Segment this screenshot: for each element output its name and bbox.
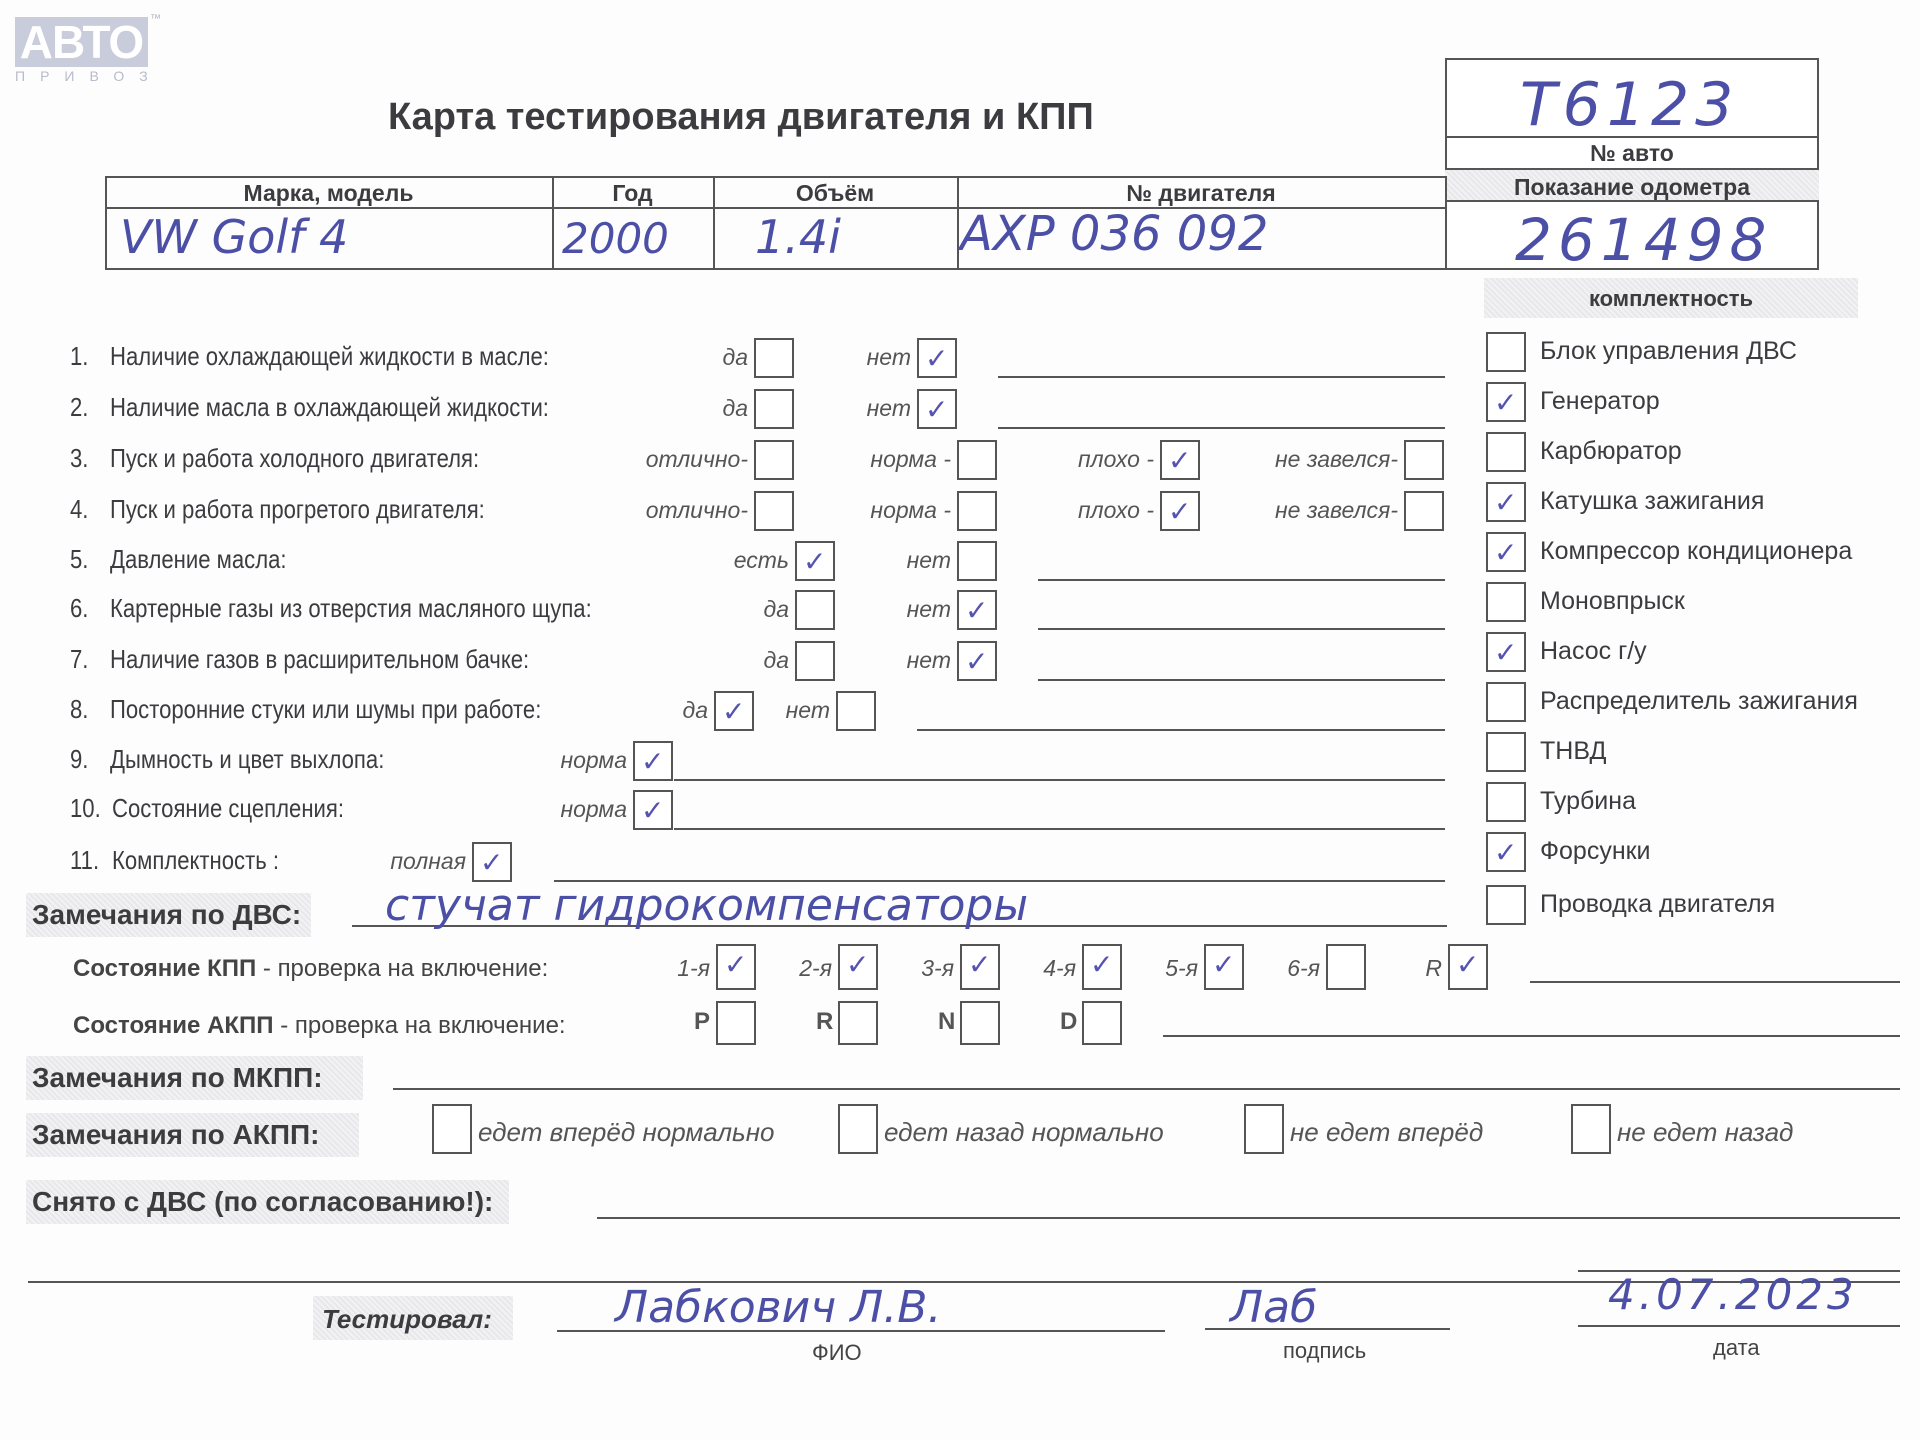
question-text: Дымность и цвет выхлопа: bbox=[110, 744, 384, 775]
checkmark-icon: ✓ bbox=[925, 344, 948, 374]
tester-name: Лабкович Л.В. bbox=[615, 1282, 941, 1333]
akpp-remark-checkbox[interactable] bbox=[1571, 1104, 1611, 1154]
question-number: 7. bbox=[70, 644, 88, 675]
question-number: 1. bbox=[70, 341, 88, 372]
odometer-value: 261498 bbox=[1515, 206, 1772, 274]
engine-remarks-label: Замечания по ДВС: bbox=[26, 893, 311, 937]
auto-gearbox-label: Состояние АКПП - проверка на включение: bbox=[73, 1012, 566, 1040]
completeness-item-label: Проводка двигателя bbox=[1540, 890, 1775, 919]
option-label: да bbox=[633, 596, 789, 623]
checkmark-icon: ✓ bbox=[1494, 488, 1517, 518]
notes-line[interactable] bbox=[1038, 579, 1445, 581]
option-label: нет bbox=[795, 647, 951, 674]
removed-line[interactable] bbox=[597, 1217, 1900, 1219]
tester-name-caption: ФИО bbox=[812, 1340, 862, 1366]
checkmark-icon: ✓ bbox=[1494, 388, 1517, 418]
completeness-item-label: Распределитель зажигания bbox=[1540, 687, 1858, 716]
question-text: Посторонние стуки или шумы при работе: bbox=[110, 694, 541, 725]
option-label: норма bbox=[471, 796, 627, 823]
completeness-checkbox[interactable] bbox=[1486, 732, 1526, 772]
option-label: не завелся- bbox=[1242, 446, 1398, 473]
gear-checkbox[interactable]: ✓ bbox=[960, 944, 1000, 990]
question-text: Наличие масла в охлаждающей жидкости: bbox=[110, 392, 549, 423]
question-text: Наличие охлаждающей жидкости в масле: bbox=[110, 341, 549, 372]
position-label: N bbox=[938, 1008, 955, 1036]
checkmark-icon: ✓ bbox=[1494, 538, 1517, 568]
completeness-item-label: Катушка зажигания bbox=[1540, 487, 1764, 516]
option-label: нет bbox=[795, 596, 951, 623]
column-header-year: Год bbox=[552, 180, 713, 207]
question-text: Давление масла: bbox=[110, 544, 287, 575]
model-value: VW Golf 4 bbox=[120, 210, 348, 264]
notes-line[interactable] bbox=[1038, 679, 1445, 681]
gear-checkbox[interactable]: ✓ bbox=[1448, 944, 1488, 990]
checkmark-icon: ✓ bbox=[480, 848, 503, 878]
option-checkbox[interactable] bbox=[836, 691, 876, 731]
gear-label: 6-я bbox=[1266, 955, 1320, 982]
completeness-checkbox[interactable]: ✓ bbox=[1486, 482, 1526, 522]
auto-gearbox-line bbox=[1163, 1035, 1900, 1037]
completeness-checkbox[interactable] bbox=[1486, 432, 1526, 472]
option-label: да bbox=[592, 395, 748, 422]
akpp-remark-label: едет назад нормально bbox=[884, 1117, 1164, 1148]
option-label: да bbox=[592, 344, 748, 371]
odometer-label: Показание одометра bbox=[1445, 174, 1819, 201]
option-checkbox[interactable]: ✓ bbox=[917, 389, 957, 429]
question-number: 2. bbox=[70, 392, 88, 423]
notes-line[interactable] bbox=[674, 828, 1445, 830]
completeness-item-label: ТНВД bbox=[1540, 737, 1606, 766]
option-label: есть bbox=[633, 547, 789, 574]
option-label: полная bbox=[310, 848, 466, 875]
akpp-remark-label: не едет назад bbox=[1617, 1117, 1793, 1148]
engine-remarks-value[interactable]: стучат гидрокомпенсаторы bbox=[385, 880, 1028, 931]
position-checkbox[interactable] bbox=[716, 1001, 756, 1045]
car-number-value: T6123 bbox=[1520, 70, 1739, 140]
mkpp-remarks-line[interactable] bbox=[393, 1088, 1900, 1090]
notes-line[interactable] bbox=[917, 729, 1445, 731]
column-header-engine-number: № двигателя bbox=[957, 180, 1445, 207]
date-value: 4.07.2023 bbox=[1608, 1270, 1858, 1319]
option-label: отлично- bbox=[592, 497, 748, 524]
gear-label: 5-я bbox=[1144, 955, 1198, 982]
gear-checkbox[interactable]: ✓ bbox=[838, 944, 878, 990]
option-checkbox[interactable]: ✓ bbox=[633, 741, 673, 781]
question-text: Пуск и работа холодного двигателя: bbox=[110, 443, 479, 474]
gear-checkbox[interactable]: ✓ bbox=[716, 944, 756, 990]
option-checkbox[interactable]: ✓ bbox=[1160, 491, 1200, 531]
completeness-item-label: Блок управления ДВС bbox=[1540, 337, 1797, 366]
completeness-checkbox[interactable] bbox=[1486, 332, 1526, 372]
auto-gearbox-label-bold: Состояние АКПП bbox=[73, 1012, 274, 1039]
option-checkbox[interactable] bbox=[957, 541, 997, 581]
option-checkbox[interactable]: ✓ bbox=[957, 641, 997, 681]
completeness-item-label: Насос г/у bbox=[1540, 637, 1647, 666]
position-label: R bbox=[816, 1008, 833, 1036]
checkmark-icon: ✓ bbox=[1456, 950, 1479, 980]
manual-gearbox-label-rest: - проверка на включение: bbox=[256, 955, 548, 982]
manual-gearbox-label: Состояние КПП - проверка на включение: bbox=[73, 955, 548, 983]
notes-line[interactable] bbox=[674, 779, 1445, 781]
removed-label: Снято с ДВС (по согласованию!): bbox=[26, 1180, 509, 1224]
gear-label: R bbox=[1388, 955, 1442, 982]
manual-gearbox-line bbox=[1530, 981, 1900, 983]
position-checkbox[interactable] bbox=[960, 1001, 1000, 1045]
option-label: норма - bbox=[795, 446, 951, 473]
tester-name-line bbox=[557, 1330, 1165, 1332]
position-checkbox[interactable] bbox=[838, 1001, 878, 1045]
completeness-checkbox[interactable]: ✓ bbox=[1486, 832, 1526, 872]
question-number: 9. bbox=[70, 744, 88, 775]
akpp-remarks-label: Замечания по АКПП: bbox=[26, 1113, 359, 1157]
trademark-symbol: ™ bbox=[150, 13, 161, 25]
checkmark-icon: ✓ bbox=[724, 950, 747, 980]
option-checkbox[interactable] bbox=[1404, 440, 1444, 480]
notes-line[interactable] bbox=[998, 376, 1445, 378]
notes-line[interactable] bbox=[998, 427, 1445, 429]
option-checkbox[interactable] bbox=[754, 440, 794, 480]
option-checkbox[interactable] bbox=[957, 491, 997, 531]
checkmark-icon: ✓ bbox=[641, 796, 664, 826]
completeness-checkbox[interactable]: ✓ bbox=[1486, 632, 1526, 672]
notes-line[interactable] bbox=[1038, 628, 1445, 630]
checkmark-icon: ✓ bbox=[846, 950, 869, 980]
option-checkbox[interactable]: ✓ bbox=[472, 842, 512, 882]
gear-label: 3-я bbox=[900, 955, 954, 982]
car-number-label: № авто bbox=[1445, 140, 1819, 167]
completeness-checkbox[interactable] bbox=[1486, 682, 1526, 722]
option-label: не завелся- bbox=[1242, 497, 1398, 524]
completeness-item-label: Турбина bbox=[1540, 787, 1636, 816]
manual-gearbox-label-bold: Состояние КПП bbox=[73, 955, 256, 982]
position-label: D bbox=[1060, 1008, 1077, 1036]
question-number: 11. bbox=[70, 845, 99, 876]
question-number: 5. bbox=[70, 544, 88, 575]
checkmark-icon: ✓ bbox=[965, 596, 988, 626]
option-checkbox[interactable]: ✓ bbox=[633, 790, 673, 830]
gear-checkbox[interactable]: ✓ bbox=[1204, 944, 1244, 990]
tested-by-label: Тестировал: bbox=[322, 1304, 492, 1335]
engine-number-value: AXP 036 092 bbox=[960, 206, 1268, 262]
option-checkbox[interactable]: ✓ bbox=[1160, 440, 1200, 480]
brand-logo: АВТО bbox=[15, 17, 148, 67]
checkmark-icon: ✓ bbox=[1090, 950, 1113, 980]
completeness-item-label: Компрессор кондиционера bbox=[1540, 537, 1852, 566]
question-text: Комплектность : bbox=[112, 845, 279, 876]
checkmark-icon: ✓ bbox=[641, 747, 664, 777]
mkpp-remarks-label: Замечания по МКПП: bbox=[26, 1056, 363, 1100]
akpp-remark-label: едет вперёд нормально bbox=[478, 1117, 774, 1148]
position-checkbox[interactable] bbox=[1082, 1001, 1122, 1045]
question-text: Пуск и работа прогретого двигателя: bbox=[110, 494, 485, 525]
completeness-header: комплектность bbox=[1484, 286, 1858, 312]
year-value: 2000 bbox=[562, 214, 669, 263]
option-label: нет bbox=[755, 344, 911, 371]
completeness-item-label: Форсунки bbox=[1540, 837, 1651, 866]
akpp-remark-checkbox[interactable] bbox=[1244, 1104, 1284, 1154]
option-label: плохо - bbox=[998, 446, 1154, 473]
completeness-item-label: Моновпрыск bbox=[1540, 587, 1685, 616]
akpp-remark-label: не едет вперёд bbox=[1290, 1117, 1483, 1148]
option-checkbox[interactable] bbox=[1404, 491, 1444, 531]
checkmark-icon: ✓ bbox=[925, 395, 948, 425]
position-label: P bbox=[694, 1008, 710, 1036]
completeness-checkbox[interactable] bbox=[1486, 582, 1526, 622]
date-line bbox=[1578, 1325, 1900, 1327]
completeness-checkbox[interactable]: ✓ bbox=[1486, 382, 1526, 422]
brand-logo-subtitle: ПРИВОЗ bbox=[15, 68, 155, 84]
question-number: 3. bbox=[70, 443, 88, 474]
option-label: норма - bbox=[795, 497, 951, 524]
checkmark-icon: ✓ bbox=[965, 647, 988, 677]
column-header-volume: Объём bbox=[713, 180, 957, 207]
option-checkbox[interactable] bbox=[754, 491, 794, 531]
question-number: 4. bbox=[70, 494, 88, 525]
date-caption: дата bbox=[1713, 1335, 1760, 1361]
completeness-checkbox[interactable] bbox=[1486, 885, 1526, 925]
option-checkbox[interactable] bbox=[957, 440, 997, 480]
volume-value: 1.4i bbox=[755, 210, 841, 264]
gear-label: 4-я bbox=[1022, 955, 1076, 982]
option-label: отлично- bbox=[592, 446, 748, 473]
checkmark-icon: ✓ bbox=[1212, 950, 1235, 980]
signature-line bbox=[1205, 1328, 1450, 1330]
gear-label: 1-я bbox=[656, 955, 710, 982]
option-checkbox[interactable]: ✓ bbox=[917, 338, 957, 378]
signature-caption: подпись bbox=[1283, 1338, 1366, 1364]
option-label: плохо - bbox=[998, 497, 1154, 524]
checkmark-icon: ✓ bbox=[968, 950, 991, 980]
option-label: норма bbox=[471, 747, 627, 774]
signature: Лаб bbox=[1230, 1282, 1317, 1333]
checkmark-icon: ✓ bbox=[1494, 638, 1517, 668]
gear-checkbox[interactable] bbox=[1326, 944, 1366, 990]
question-text: Картерные газы из отверстия масляного щу… bbox=[110, 593, 592, 624]
checkmark-icon: ✓ bbox=[1168, 446, 1191, 476]
option-checkbox[interactable]: ✓ bbox=[957, 590, 997, 630]
column-header-model: Марка, модель bbox=[105, 180, 552, 207]
question-text: Состояние сцепления: bbox=[112, 793, 344, 824]
question-number: 8. bbox=[70, 694, 88, 725]
checkmark-icon: ✓ bbox=[1168, 497, 1191, 527]
akpp-remark-checkbox[interactable] bbox=[432, 1104, 472, 1154]
completeness-checkbox[interactable] bbox=[1486, 782, 1526, 822]
question-text: Наличие газов в расширительном бачке: bbox=[110, 644, 529, 675]
completeness-item-label: Карбюратор bbox=[1540, 437, 1682, 466]
completeness-checkbox[interactable]: ✓ bbox=[1486, 532, 1526, 572]
gear-checkbox[interactable]: ✓ bbox=[1082, 944, 1122, 990]
page-title: Карта тестирования двигателя и КПП bbox=[388, 96, 1094, 139]
question-number: 6. bbox=[70, 593, 88, 624]
completeness-item-label: Генератор bbox=[1540, 387, 1660, 416]
auto-gearbox-label-rest: - проверка на включение: bbox=[274, 1012, 566, 1039]
option-label: нет bbox=[795, 547, 951, 574]
question-number: 10. bbox=[70, 793, 101, 824]
gear-label: 2-я bbox=[778, 955, 832, 982]
option-label: нет bbox=[674, 697, 830, 724]
option-label: нет bbox=[755, 395, 911, 422]
akpp-remark-checkbox[interactable] bbox=[838, 1104, 878, 1154]
option-label: да bbox=[633, 647, 789, 674]
checkmark-icon: ✓ bbox=[1494, 838, 1517, 868]
